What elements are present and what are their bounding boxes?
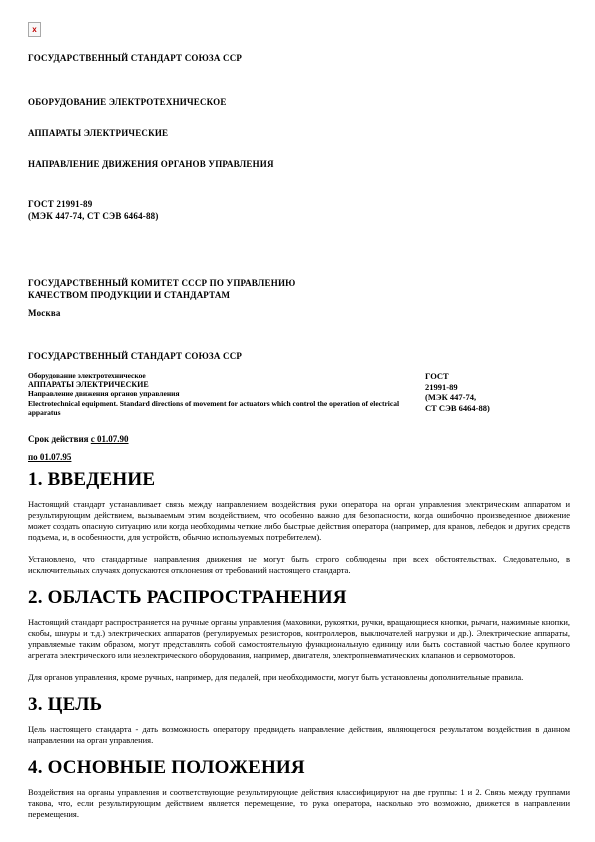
title-block-left: Оборудование электротехническое АППАРАТЫ… xyxy=(28,371,420,417)
code-line-sev: СТ СЭВ 6464-88) xyxy=(425,403,550,414)
doc-title-line-2: АППАРАТЫ ЭЛЕКТРИЧЕСКИЕ xyxy=(28,128,570,139)
publication-city: Москва xyxy=(28,308,570,319)
section-1-paragraph-1: Настоящий стандарт устанавливает связь м… xyxy=(28,499,570,543)
validity-from-line: Срок действия с 01.07.90 xyxy=(28,434,570,445)
validity-label: Срок действия xyxy=(28,434,89,444)
validity-to-line: по 01.07.95 xyxy=(28,452,570,463)
designation-reference: (МЭК 447-74, СТ СЭВ 6464-88) xyxy=(28,210,570,222)
section-2-paragraph-1: Настоящий стандарт распространяется на р… xyxy=(28,617,570,661)
section-purpose: 3. ЦЕЛЬ Цель настоящего стандарта - дать… xyxy=(28,694,570,746)
validity-from-link[interactable]: с 01.07.90 xyxy=(91,434,129,444)
doc-title-line-1: ОБОРУДОВАНИЕ ЭЛЕКТРОТЕХНИЧЕСКОЕ xyxy=(28,97,570,108)
broken-image-icon: x xyxy=(28,22,41,37)
section-1-paragraph-2: Установлено, что стандартные направления… xyxy=(28,554,570,576)
title-block: Оборудование электротехническое АППАРАТЫ… xyxy=(28,371,570,417)
document-page: x ГОСУДАРСТВЕННЫЙ СТАНДАРТ СОЮЗА ССР ОБО… xyxy=(0,0,595,842)
validity-to-link[interactable]: по 01.07.95 xyxy=(28,452,71,462)
doc-title-line-3: НАПРАВЛЕНИЕ ДВИЖЕНИЯ ОРГАНОВ УПРАВЛЕНИЯ xyxy=(28,159,570,170)
repeat-org-header: ГОСУДАРСТВЕННЫЙ СТАНДАРТ СОЮЗА ССР xyxy=(28,351,570,362)
section-scope: 2. ОБЛАСТЬ РАСПРОСТРАНЕНИЯ Настоящий ста… xyxy=(28,587,570,683)
section-4-title: 4. ОСНОВНЫЕ ПОЛОЖЕНИЯ xyxy=(28,757,570,778)
org-header: ГОСУДАРСТВЕННЫЙ СТАНДАРТ СОЮЗА ССР xyxy=(28,53,570,64)
section-3-title: 3. ЦЕЛЬ xyxy=(28,694,570,715)
code-line-number: 21991-89 xyxy=(425,382,550,393)
section-introduction: 1. ВВЕДЕНИЕ Настоящий стандарт устанавли… xyxy=(28,469,570,576)
committee-block: ГОСУДАРСТВЕННЫЙ КОМИТЕТ СССР ПО УПРАВЛЕН… xyxy=(28,278,570,301)
code-line-iec: (МЭК 447-74, xyxy=(425,392,550,403)
section-3-paragraph-1: Цель настоящего стандарта - дать возможн… xyxy=(28,724,570,746)
committee-line-2: КАЧЕСТВОМ ПРОДУКЦИИ И СТАНДАРТАМ xyxy=(28,290,570,302)
designation-number: ГОСТ 21991-89 xyxy=(28,198,570,210)
section-2-paragraph-2: Для органов управления, кроме ручных, на… xyxy=(28,672,570,683)
subject-small: Оборудование электротехническое xyxy=(28,371,420,380)
subject-caps: АППАРАТЫ ЭЛЕКТРИЧЕСКИЕ xyxy=(28,380,420,389)
subject-subtitle: Направление движения органов управления xyxy=(28,389,420,398)
subject-english: Electrotechnical equipment. Standard dir… xyxy=(28,399,420,417)
section-4-paragraph-1: Воздействия на органы управления и соотв… xyxy=(28,787,570,820)
standard-designation: ГОСТ 21991-89 (МЭК 447-74, СТ СЭВ 6464-8… xyxy=(28,198,570,222)
code-line-gost: ГОСТ xyxy=(425,371,550,382)
section-1-title: 1. ВВЕДЕНИЕ xyxy=(28,469,570,490)
section-main-provisions: 4. ОСНОВНЫЕ ПОЛОЖЕНИЯ Воздействия на орг… xyxy=(28,757,570,820)
committee-line-1: ГОСУДАРСТВЕННЫЙ КОМИТЕТ СССР ПО УПРАВЛЕН… xyxy=(28,278,570,290)
section-2-title: 2. ОБЛАСТЬ РАСПРОСТРАНЕНИЯ xyxy=(28,587,570,608)
title-block-right: ГОСТ 21991-89 (МЭК 447-74, СТ СЭВ 6464-8… xyxy=(425,371,550,417)
